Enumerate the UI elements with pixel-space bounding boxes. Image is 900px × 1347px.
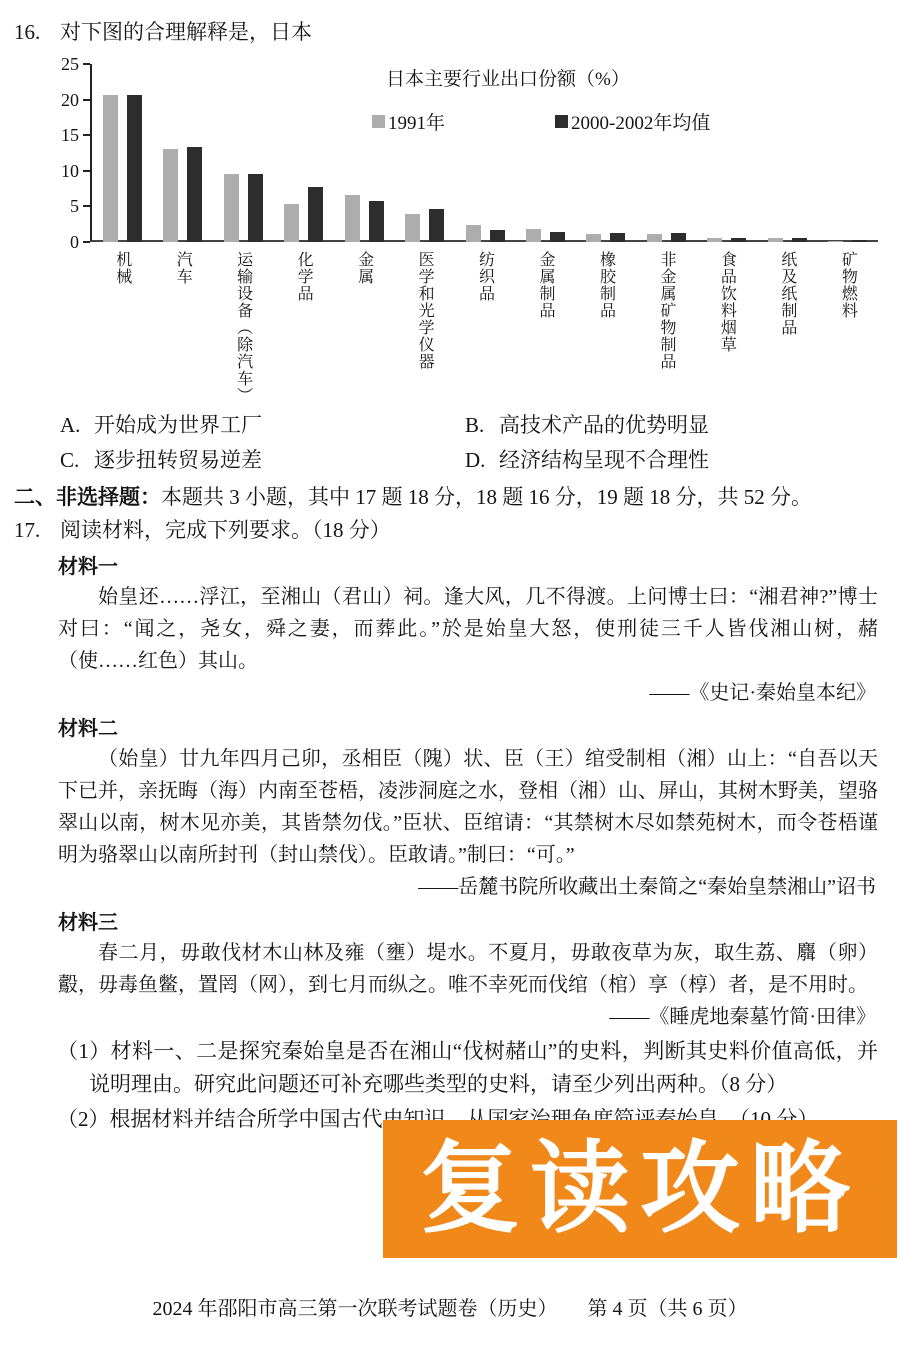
material-2-heading: 材料二 (58, 717, 878, 741)
chart-category-group: 机械 (92, 64, 152, 409)
material-2-paragraph: （始皇）廿九年四月己卯，丞相臣（隗）状、臣（王）绾受制相（湘）山上：“自吾以天下… (58, 743, 878, 871)
chart-category-group: 运输设备（除汽车） (213, 64, 273, 409)
option-c-text: 逐步扭转贸易逆差 (94, 443, 262, 478)
option-d: D. 经济结构呈现不合理性 (465, 443, 878, 478)
section-2-heading: 二、非选择题：本题共 3 小题，其中 17 题 18 分，18 题 16 分，1… (14, 481, 878, 514)
bar-pair (768, 64, 807, 242)
y-axis-tick-mark (83, 170, 90, 172)
option-c-label: C. (60, 443, 94, 478)
bar-1991年 (768, 238, 783, 242)
y-axis-tick-mark (83, 63, 90, 65)
chart-category-group: 医学和光学仪器 (394, 64, 454, 409)
chart-category-group: 金属制品 (515, 64, 575, 409)
bar-2000-2002年均值 (429, 209, 444, 242)
option-a: A. 开始成为世界工厂 (60, 408, 465, 443)
bar-2000-2002年均值 (127, 95, 142, 242)
bar-pair (828, 64, 867, 242)
bar-pair (224, 64, 263, 242)
chart-category-label: 矿物燃料 (839, 251, 856, 409)
bar-pair (405, 64, 444, 242)
subquestion-1: （1）材料一、二是探究秦始皇是否在湘山“伐树赭山”的史料，判断其史料价值高低，并… (89, 1035, 878, 1101)
option-d-text: 经济结构呈现不合理性 (499, 443, 709, 478)
material-3-source: ——《睡虎地秦墓竹简·田律》 (14, 1001, 876, 1033)
y-axis-tick-mark (83, 134, 90, 136)
chart-category-group: 橡胶制品 (576, 64, 636, 409)
option-b-text: 高技术产品的优势明显 (499, 408, 709, 443)
material-3-paragraph: 春二月，毋敢伐材木山林及雍（壅）堤水。不夏月，毋敢夜草为灰，取生荔、麛（卵）鷇，… (58, 937, 878, 1001)
y-axis-tick-label: 25 (61, 55, 79, 73)
option-b: B. 高技术产品的优势明显 (465, 408, 878, 443)
option-a-label: A. (60, 408, 94, 443)
question-16-options: A. 开始成为世界工厂 B. 高技术产品的优势明显 C. 逐步扭转贸易逆差 D.… (60, 408, 878, 478)
bar-1991年 (345, 195, 360, 242)
chart-category-group: 化学品 (273, 64, 333, 409)
y-axis-tick-mark (83, 241, 90, 243)
chart-category-group: 非金属矿物制品 (636, 64, 696, 409)
bar-2000-2002年均值 (248, 174, 263, 242)
chart-category-label: 纺织品 (477, 251, 494, 409)
chart-category-label: 机械 (114, 251, 131, 409)
chart-category-group: 汽车 (152, 64, 212, 409)
chart-category-label: 非金属矿物制品 (658, 251, 675, 409)
material-2-source: ——岳麓书院所收藏出土秦简之“秦始皇禁湘山”诏书 (14, 871, 876, 903)
bar-2000-2002年均值 (187, 147, 202, 242)
bar-1991年 (707, 238, 722, 242)
y-axis-tick-label: 10 (61, 162, 79, 180)
bar-2000-2002年均值 (792, 238, 807, 242)
chart-category-group: 金属 (334, 64, 394, 409)
y-axis-tick-label: 0 (70, 233, 79, 251)
question-17: 17. 阅读材料，完成下列要求。（18 分） (14, 514, 878, 547)
bar-1991年 (284, 204, 299, 242)
bar-1991年 (466, 225, 481, 242)
chart-category-label: 运输设备（除汽车） (235, 251, 252, 409)
bar-2000-2002年均值 (731, 238, 746, 242)
question-17-number: 17. (14, 514, 60, 547)
question-16: 16. 对下图的合理解释是，日本 (14, 16, 878, 48)
bar-pair (707, 64, 746, 242)
bar-1991年 (647, 234, 662, 242)
chart-category-group: 纺织品 (455, 64, 515, 409)
bar-1991年 (828, 241, 843, 243)
exam-page: 16. 对下图的合理解释是，日本 0510152025 日本主要行业出口份额（%… (0, 0, 900, 1347)
material-1-source: ——《史记·秦始皇本纪》 (14, 677, 876, 709)
material-3-heading: 材料三 (58, 911, 878, 935)
option-d-label: D. (465, 443, 499, 478)
bar-pair (586, 64, 625, 242)
bar-2000-2002年均值 (671, 233, 686, 242)
question-16-number: 16. (14, 16, 60, 48)
bar-2000-2002年均值 (308, 187, 323, 242)
watermark-text: 复读攻略 (420, 1139, 860, 1239)
chart-category-label: 汽车 (174, 251, 191, 409)
y-axis-tick-mark (83, 205, 90, 207)
chart-category-label: 食品饮料烟草 (718, 251, 735, 409)
question-17-intro: 阅读材料，完成下列要求。（18 分） (60, 514, 391, 547)
bar-pair (163, 64, 202, 242)
material-1-paragraph: 始皇还……浮江，至湘山（君山）祠。逢大风，几不得渡。上问博士曰：“湘君神?”博士… (58, 581, 878, 677)
bar-2000-2002年均值 (610, 233, 625, 242)
chart-category-label: 金属制品 (537, 251, 554, 409)
section-2-heading-rest: 本题共 3 小题，其中 17 题 18 分，18 题 16 分，19 题 18 … (161, 485, 812, 509)
bar-pair (345, 64, 384, 242)
bar-1991年 (586, 234, 601, 242)
chart-category-label: 医学和光学仪器 (416, 251, 433, 409)
chart-category-group: 纸及纸制品 (757, 64, 817, 409)
chart-category-label: 纸及纸制品 (779, 251, 796, 409)
bar-1991年 (103, 95, 118, 242)
bar-2000-2002年均值 (550, 232, 565, 242)
bar-pair (647, 64, 686, 242)
option-b-label: B. (465, 408, 499, 443)
bar-1991年 (405, 214, 420, 242)
bar-1991年 (163, 149, 178, 242)
bar-1991年 (526, 229, 541, 242)
chart-plot: 日本主要行业出口份额（%） 1991年2000-2002年均值 机械汽车运输设备… (90, 64, 878, 242)
material-1-heading: 材料一 (58, 555, 878, 579)
chart-category-label: 橡胶制品 (597, 251, 614, 409)
bar-1991年 (224, 174, 239, 242)
question-16-stem: 对下图的合理解释是，日本 (60, 16, 312, 48)
bar-2000-2002年均值 (490, 230, 505, 242)
option-c: C. 逐步扭转贸易逆差 (60, 443, 465, 478)
bar-2000-2002年均值 (369, 201, 384, 242)
bar-chart: 0510152025 日本主要行业出口份额（%） 1991年2000-2002年… (48, 54, 878, 400)
watermark-banner: 复读攻略 (383, 1120, 897, 1258)
section-2-heading-bold: 二、非选择题： (14, 486, 161, 509)
chart-y-axis: 0510152025 (48, 64, 90, 242)
chart-category-group: 食品饮料烟草 (697, 64, 757, 409)
chart-groups: 机械汽车运输设备（除汽车）化学品金属医学和光学仪器纺织品金属制品橡胶制品非金属矿… (92, 64, 878, 409)
bar-pair (284, 64, 323, 242)
y-axis-tick-label: 15 (61, 126, 79, 144)
bar-pair (466, 64, 505, 242)
y-axis-tick-label: 20 (61, 91, 79, 109)
chart-category-label: 金属 (356, 251, 373, 409)
y-axis-tick-label: 5 (70, 197, 79, 215)
bar-pair (526, 64, 565, 242)
page-footer: 2024 年邵阳市高三第一次联考试题卷（历史） 第 4 页（共 6 页） (0, 1292, 900, 1321)
chart-category-group: 矿物燃料 (818, 64, 878, 409)
option-a-text: 开始成为世界工厂 (94, 408, 262, 443)
bar-2000-2002年均值 (852, 240, 867, 242)
y-axis-tick-mark (83, 99, 90, 101)
chart-category-label: 化学品 (295, 251, 312, 409)
bar-pair (103, 64, 142, 242)
